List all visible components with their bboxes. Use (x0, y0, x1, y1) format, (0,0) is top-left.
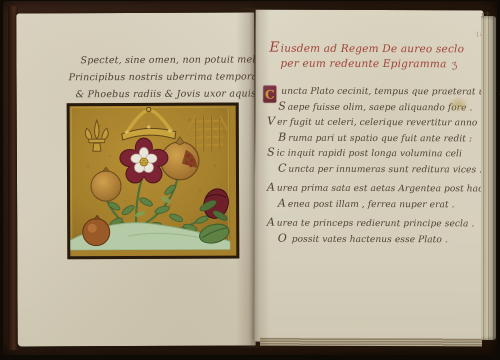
poem-line: Bruma pari ut spatio que fuit ante redit… (263, 130, 478, 146)
rubric-line: Eiusdem ad Regem De aureo seclo (269, 41, 464, 58)
illuminated-miniature (67, 103, 240, 260)
rubric-heading: Eiusdem ad Regem De aureo seclo per eum … (269, 41, 464, 73)
poem-line: Aurea te princeps redierunt principe sec… (263, 216, 478, 232)
page-fore-edge-stack (481, 16, 496, 340)
poem-line: Cuncta per innumeras sunt reditura vices… (263, 161, 478, 177)
flourish-icon: ʒ (450, 57, 459, 73)
verse-line: & Phoebus radiis & Jovis uxor aquis .ʒ (76, 85, 254, 103)
poem-line: uncta Plato cecinit, tempus que praetera… (263, 85, 478, 100)
left-page-verse: Spectet, sine omen, non potuit melius .ʒ… (68, 51, 253, 103)
page-bottom-edge-stack (260, 338, 482, 347)
verse-line: Principibus nostris uberrima tempora spo… (69, 69, 254, 86)
left-manuscript-page: Spectet, sine omen, non potuit melius .ʒ… (16, 12, 255, 346)
illuminated-initial: C (263, 86, 276, 103)
right-manuscript-page: 12 18 Eiusdem ad Regem De aureo seclo pe… (254, 10, 483, 343)
epigram-poem: uncta Plato cecinit, tempus que praetera… (263, 85, 479, 248)
verse-line: Spectet, sine omen, non potuit melius .ʒ (80, 51, 253, 69)
poem-line: Sic inquit rapidi post longa volumina ce… (263, 146, 478, 162)
poem-line: Aenea post illam , ferrea nuper erat . (263, 196, 478, 212)
poem-line: Ver fugit ut celeri, celerique revertitu… (263, 115, 478, 131)
poem-line: Saepe fuisse olim, saepe aliquando fore … (263, 99, 478, 115)
poem-line: Aurea prima sata est aetas Argentea post… (263, 181, 478, 197)
rubric-line: per eum redeunte Epigrammaʒ (280, 57, 464, 73)
manuscript-photo: { "book": { "left_page": { "verse_lines"… (0, 0, 500, 360)
ink-stain (447, 96, 469, 112)
poem-line: O possit vates hactenus esse Plato . (263, 231, 478, 247)
